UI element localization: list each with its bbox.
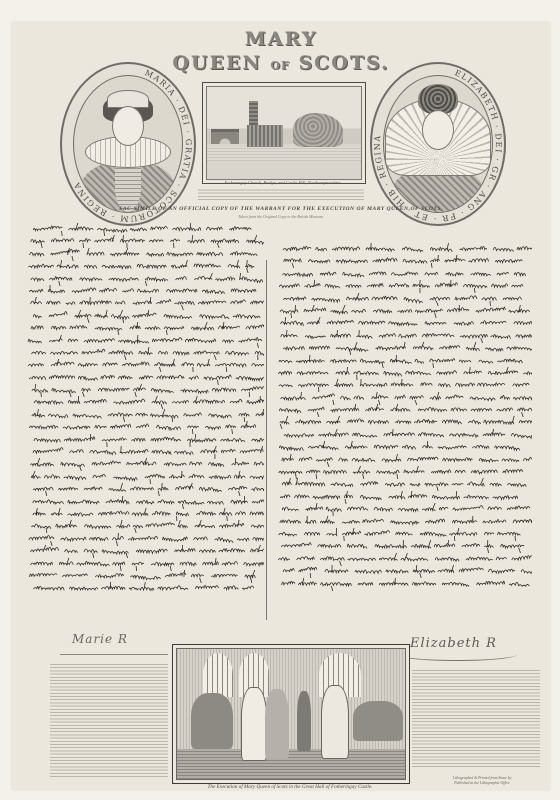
river [207, 147, 361, 161]
document-sheet: MARY QUEEN OF SCOTS. MARIA · DEI · GRATI… [12, 22, 550, 790]
manuscript-line [24, 470, 264, 482]
manuscript-line [24, 247, 264, 259]
manuscript-left-column [24, 222, 264, 594]
figure-official [297, 691, 311, 751]
seated-spectators [191, 693, 233, 749]
explanatory-text-left [50, 662, 168, 778]
landscape-description-text [198, 187, 364, 201]
manuscript-line [274, 341, 532, 353]
manuscript-line [24, 234, 264, 246]
manuscript-line [24, 482, 264, 494]
manuscript-line [24, 433, 264, 445]
facsimile-subheading: Taken from the Original Copy in the Brit… [12, 214, 550, 219]
manuscript-line [24, 321, 264, 333]
manuscript-line [274, 329, 532, 341]
figure-cleric [321, 685, 349, 759]
manuscript-line [274, 428, 532, 440]
figure-face [422, 110, 454, 150]
manuscript-line [274, 502, 532, 514]
portrait-mary: MARIA · DEI · GRATIA · SCOTORUM · REGINA [60, 62, 196, 226]
manuscript-line [24, 284, 264, 296]
manuscript-line [24, 519, 264, 531]
manuscript-line [274, 316, 532, 328]
manuscript-line [274, 539, 532, 551]
manuscript-line [24, 272, 264, 284]
manuscript-line [24, 222, 264, 234]
manuscript-line [274, 552, 532, 564]
signature-flourish [397, 648, 517, 661]
manuscript-line [274, 465, 532, 477]
manuscript-line [24, 569, 264, 581]
manuscript-line [274, 490, 532, 502]
manuscript-line [274, 366, 532, 378]
manuscript-line [274, 515, 532, 527]
manuscript-line [24, 544, 264, 556]
manuscript-line [274, 304, 532, 316]
manuscript-line [274, 292, 532, 304]
manuscript-line [274, 564, 532, 576]
signature-rule [60, 654, 168, 655]
manuscript-line [24, 557, 264, 569]
manuscript-line [274, 577, 532, 589]
title-of: OF [270, 59, 289, 72]
landscape-caption: Fotheringay Church, Bridge, and Castle H… [202, 180, 364, 185]
manuscript-line [24, 296, 264, 308]
manuscript-line [274, 527, 532, 539]
manuscript-line [24, 532, 264, 544]
portrait-frame [383, 75, 493, 213]
manuscript-line [24, 507, 264, 519]
manuscript-line [24, 420, 264, 432]
column-divider [266, 260, 267, 620]
manuscript-line [24, 259, 264, 271]
manuscript-right-column [274, 242, 532, 614]
manuscript-line [24, 445, 264, 457]
publisher-imprint: Lithographed & Printed from Stone by Pub… [418, 776, 546, 786]
figure-attendant [265, 689, 289, 759]
hall-floor [177, 749, 405, 779]
crowd [353, 701, 403, 741]
manuscript-line [274, 378, 532, 390]
manuscript-line [24, 371, 264, 383]
manuscript-line [274, 403, 532, 415]
manuscript-line [24, 346, 264, 358]
signature-mary: Marie R [72, 632, 128, 646]
portrait-elizabeth: ELIZABETH · DEI · GR · ANG · FR · ET · H… [370, 62, 506, 226]
manuscript-line [274, 415, 532, 427]
trees [293, 113, 343, 147]
portrait-frame [73, 75, 183, 213]
manuscript-line [24, 408, 264, 420]
figure-face [112, 106, 144, 146]
execution-engraving [172, 644, 410, 784]
manuscript-line [274, 440, 532, 452]
execution-image [176, 648, 406, 780]
manuscript-line [274, 354, 532, 366]
bridge [211, 129, 239, 144]
church-building [247, 125, 283, 147]
facsimile-heading: FAC-SIMILE OF AN OFFICIAL COPY OF THE WA… [12, 206, 550, 212]
figure-mary-queen [241, 687, 267, 761]
manuscript-line [24, 358, 264, 370]
execution-caption: The Execution of Mary Queen of Scots in … [172, 784, 408, 790]
manuscript-line [274, 254, 532, 266]
landscape-image [206, 86, 362, 180]
explanatory-text-right [412, 668, 540, 768]
manuscript-line [274, 279, 532, 291]
manuscript-line [24, 581, 264, 593]
manuscript-line [24, 457, 264, 469]
manuscript-line [24, 495, 264, 507]
manuscript-line [24, 309, 264, 321]
landscape-engraving [202, 82, 366, 184]
manuscript-line [274, 477, 532, 489]
manuscript-line [274, 453, 532, 465]
hall-window [203, 653, 233, 697]
manuscript-line [24, 383, 264, 395]
manuscript-line [24, 334, 264, 346]
manuscript-line [274, 242, 532, 254]
publisher-line-2: Published at the Lithographic Office [418, 781, 546, 786]
manuscript-line [274, 267, 532, 279]
manuscript-line [274, 391, 532, 403]
figure-stomacher [115, 164, 141, 212]
title-mary: MARY [12, 28, 550, 50]
manuscript-line [24, 395, 264, 407]
